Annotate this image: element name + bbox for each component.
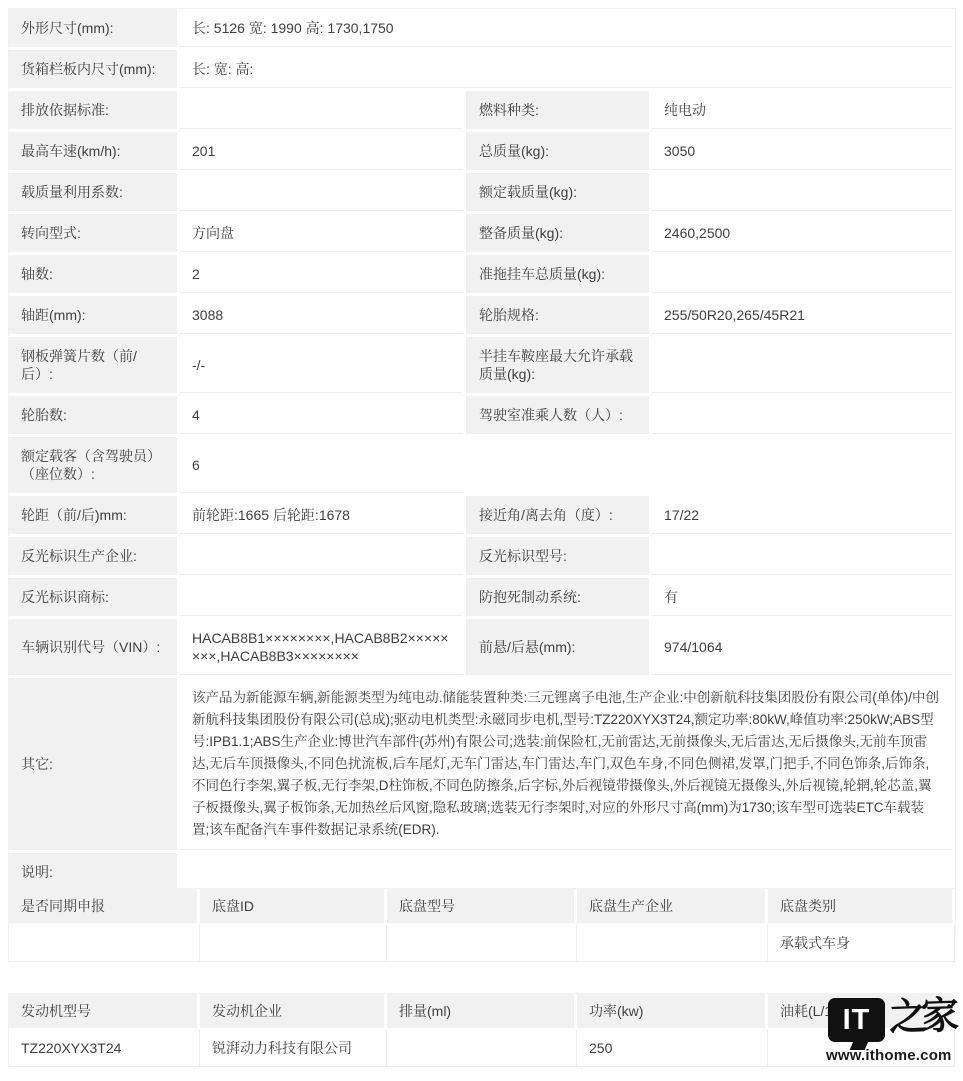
spec-label: 反光标识商标: — [8, 578, 180, 619]
column-header: 功率(kw) — [577, 994, 768, 1030]
table-cell — [200, 925, 387, 962]
spec-row: 钢板弹簧片数（前/后）:-/-半挂车鞍座最大允许承载质量(kg): — [8, 337, 955, 396]
spec-label: 整备质量(kg): — [466, 214, 652, 255]
spec-row: 额定载客（含驾驶员）（座位数）:6 — [8, 437, 955, 496]
spec-label: 轮胎规格: — [466, 296, 652, 337]
spec-label: 反光标识生产企业: — [8, 537, 180, 578]
table-header-row: 发动机型号发动机企业排量(ml)功率(kw)油耗(L/100km) — [8, 994, 955, 1030]
spec-label: 防抱死制动系统: — [466, 578, 652, 619]
spec-label: 车辆识别代号（VIN）: — [8, 619, 180, 678]
spec-label: 转向型式: — [8, 214, 180, 255]
spec-value: 该产品为新能源车辆,新能源类型为纯电动.储能装置种类:三元锂离子电池,生产企业:… — [180, 678, 955, 853]
spec-value: 6 — [180, 437, 466, 496]
spec-table-body: 外形尺寸(mm):长: 5126 宽: 1990 高: 1730,1750货箱栏… — [8, 9, 955, 935]
spec-value — [652, 537, 955, 578]
spec-label: 载质量利用系数: — [8, 173, 180, 214]
column-header: 底盘型号 — [387, 889, 577, 925]
spec-value: 3050 — [652, 132, 955, 173]
spec-label: 排放依据标准: — [8, 91, 180, 132]
engine-table: 发动机型号发动机企业排量(ml)功率(kw)油耗(L/100km) TZ220X… — [8, 993, 955, 1067]
spec-label: 反光标识型号: — [466, 537, 652, 578]
spec-row: 载质量利用系数:额定载质量(kg): — [8, 173, 955, 214]
spec-label: 其它: — [8, 678, 180, 853]
spec-table: 外形尺寸(mm):长: 5126 宽: 1990 高: 1730,1750货箱栏… — [8, 8, 956, 935]
table-cell — [387, 925, 577, 962]
spec-row: 轮胎数:4驾驶室准乘人数（人）: — [8, 396, 955, 437]
spec-label: 额定载质量(kg): — [466, 173, 652, 214]
spec-label: 轮胎数: — [8, 396, 180, 437]
spec-value — [180, 578, 466, 619]
vehicle-spec-page: 外形尺寸(mm):长: 5126 宽: 1990 高: 1730,1750货箱栏… — [0, 0, 963, 1081]
column-header: 排量(ml) — [387, 994, 577, 1030]
table-cell: TZ220XYX3T24 — [8, 1030, 200, 1067]
spec-label: 燃料种类: — [466, 91, 652, 132]
column-header: 底盘ID — [200, 889, 387, 925]
spec-value: 3088 — [180, 296, 466, 337]
spec-value: -/- — [180, 337, 466, 396]
spec-value — [652, 396, 955, 437]
spec-row: 转向型式:方向盘整备质量(kg):2460,2500 — [8, 214, 955, 255]
spec-value — [652, 255, 955, 296]
spec-value: 201 — [180, 132, 466, 173]
spec-row: 反光标识商标:防抱死制动系统:有 — [8, 578, 955, 619]
ithome-logo-icon: IT — [828, 998, 885, 1042]
spec-value: 17/22 — [652, 496, 955, 537]
table-cell — [387, 1030, 577, 1067]
spec-row: 轴数:2准拖挂车总质量(kg): — [8, 255, 955, 296]
spec-row: 反光标识生产企业:反光标识型号: — [8, 537, 955, 578]
engine-table-body: TZ220XYX3T24锐湃动力科技有限公司250 — [8, 1030, 955, 1067]
engine-table-header: 发动机型号发动机企业排量(ml)功率(kw)油耗(L/100km) — [8, 994, 955, 1030]
spec-row: 轮距（前/后)mm:前轮距:1665 后轮距:1678接近角/离去角（度）:17… — [8, 496, 955, 537]
spec-value — [652, 337, 955, 396]
spec-label: 最高车速(km/h): — [8, 132, 180, 173]
table-row: 承载式车身 — [8, 925, 955, 962]
spec-value: 纯电动 — [652, 91, 955, 132]
chassis-table: 是否同期申报底盘ID底盘型号底盘生产企业底盘类别 承载式车身 — [8, 888, 955, 962]
spec-value: 有 — [652, 578, 955, 619]
spec-row: 其它:该产品为新能源车辆,新能源类型为纯电动.储能装置种类:三元锂离子电池,生产… — [8, 678, 955, 853]
table-cell: 250 — [577, 1030, 768, 1067]
table-cell — [8, 925, 200, 962]
table-header-row: 是否同期申报底盘ID底盘型号底盘生产企业底盘类别 — [8, 889, 955, 925]
spec-value: 长: 宽: 高: — [180, 50, 955, 91]
spec-label: 半挂车鞍座最大允许承载质量(kg): — [466, 337, 652, 396]
spec-value — [180, 91, 466, 132]
spec-label: 外形尺寸(mm): — [8, 9, 180, 50]
ithome-watermark: IT 之家 www.ithome.com — [826, 996, 960, 1066]
chassis-table-body: 承载式车身 — [8, 925, 955, 962]
spec-value: 前轮距:1665 后轮距:1678 — [180, 496, 466, 537]
spec-label: 轮距（前/后)mm: — [8, 496, 180, 537]
spec-value: 2460,2500 — [652, 214, 955, 255]
spec-value: 长: 5126 宽: 1990 高: 1730,1750 — [180, 9, 955, 50]
ithome-logo-text: IT — [843, 1004, 871, 1037]
spec-empty-cell — [466, 437, 652, 496]
spec-label: 钢板弹簧片数（前/后）: — [8, 337, 180, 396]
table-cell — [577, 925, 768, 962]
spec-row: 排放依据标准:燃料种类:纯电动 — [8, 91, 955, 132]
spec-row: 外形尺寸(mm):长: 5126 宽: 1990 高: 1730,1750 — [8, 9, 955, 50]
spec-value: 4 — [180, 396, 466, 437]
ithome-site-url: www.ithome.com — [826, 1047, 960, 1064]
chassis-table-header: 是否同期申报底盘ID底盘型号底盘生产企业底盘类别 — [8, 889, 955, 925]
table-row: TZ220XYX3T24锐湃动力科技有限公司250 — [8, 1030, 955, 1067]
spec-label: 前悬/后悬(mm): — [466, 619, 652, 678]
spec-row: 轴距(mm):3088轮胎规格:255/50R20,265/45R21 — [8, 296, 955, 337]
spec-label: 接近角/离去角（度）: — [466, 496, 652, 537]
spec-value: 2 — [180, 255, 466, 296]
spec-empty-cell — [652, 437, 955, 496]
spec-value: HACAB8B1××××××××,HACAB8B2××××××××,HACAB8… — [180, 619, 466, 678]
column-header: 底盘生产企业 — [577, 889, 768, 925]
column-header: 是否同期申报 — [8, 889, 200, 925]
spec-row: 货箱栏板内尺寸(mm):长: 宽: 高: — [8, 50, 955, 91]
spec-row: 最高车速(km/h):201总质量(kg):3050 — [8, 132, 955, 173]
ithome-brand-text: 之家 — [888, 991, 960, 1041]
spec-value — [180, 173, 466, 214]
spec-label: 轴距(mm): — [8, 296, 180, 337]
column-header: 发动机企业 — [200, 994, 387, 1030]
spec-label: 货箱栏板内尺寸(mm): — [8, 50, 180, 91]
spec-label: 总质量(kg): — [466, 132, 652, 173]
column-header: 底盘类别 — [768, 889, 955, 925]
spec-value: 方向盘 — [180, 214, 466, 255]
column-header: 发动机型号 — [8, 994, 200, 1030]
spec-value — [180, 537, 466, 578]
spec-row: 车辆识别代号（VIN）:HACAB8B1××××××××,HACAB8B2×××… — [8, 619, 955, 678]
table-cell: 锐湃动力科技有限公司 — [200, 1030, 387, 1067]
spec-value: 974/1064 — [652, 619, 955, 678]
spec-label: 轴数: — [8, 255, 180, 296]
spec-value — [652, 173, 955, 214]
spec-label: 准拖挂车总质量(kg): — [466, 255, 652, 296]
spec-label: 额定载客（含驾驶员）（座位数）: — [8, 437, 180, 496]
table-cell: 承载式车身 — [768, 925, 955, 962]
spec-value: 255/50R20,265/45R21 — [652, 296, 955, 337]
spec-label: 驾驶室准乘人数（人）: — [466, 396, 652, 437]
